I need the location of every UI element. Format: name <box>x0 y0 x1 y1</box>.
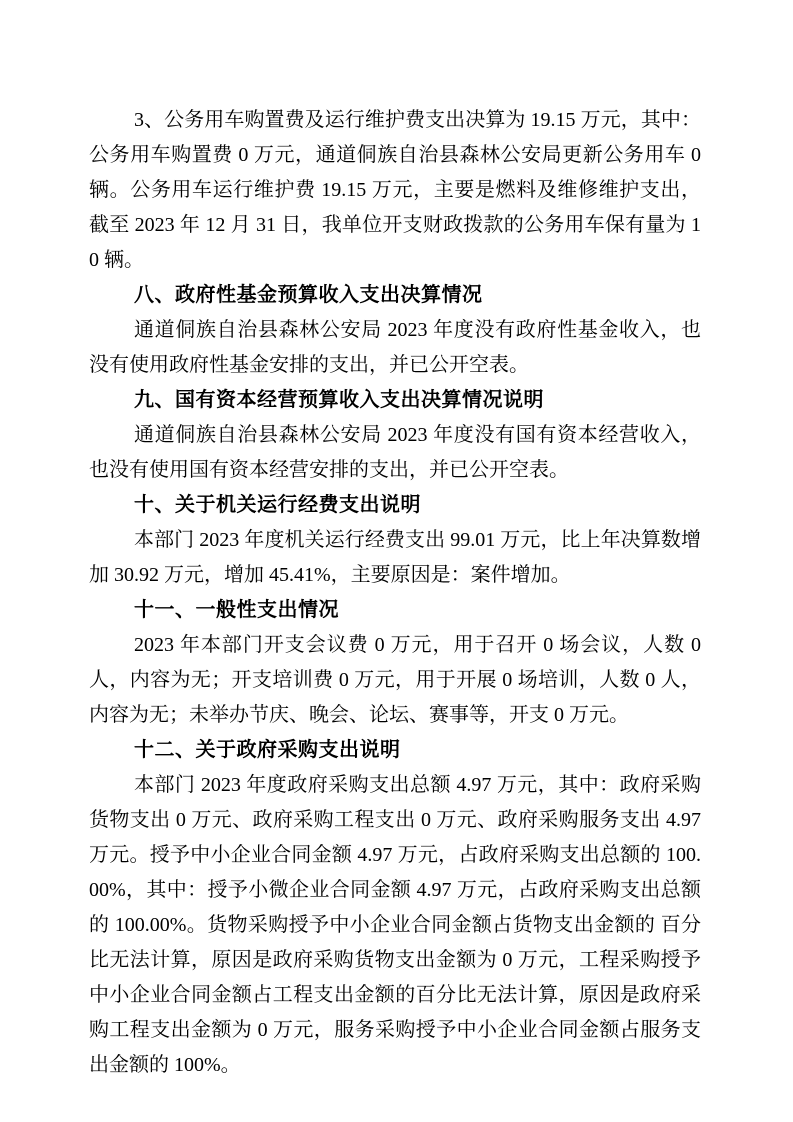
document-page: 3、公务用车购置费及运行维护费支出决算为 19.15 万元，其中：公务用车购置费… <box>0 0 793 1122</box>
document-body: 3、公务用车购置费及运行维护费支出决算为 19.15 万元，其中：公务用车购置费… <box>89 103 701 1083</box>
paragraph-procurement: 本部门 2023 年度政府采购支出总额 4.97 万元，其中：政府采购货物支出 … <box>89 768 701 1083</box>
paragraph-government-fund: 通道侗族自治县森林公安局 2023 年度没有政府性基金收入，也没有使用政府性基金… <box>89 313 701 383</box>
paragraph-operating-expense: 本部门 2023 年度机关运行经费支出 99.01 万元，比上年决算数增加 30… <box>89 523 701 593</box>
section-heading-12-procurement: 十二、关于政府采购支出说明 <box>89 733 701 768</box>
paragraph-general-expense: 2023 年本部门开支会议费 0 万元，用于召开 0 场会议，人数 0 人，内容… <box>89 628 701 733</box>
section-heading-8-government-fund: 八、政府性基金预算收入支出决算情况 <box>89 278 701 313</box>
paragraph-vehicle-expense: 3、公务用车购置费及运行维护费支出决算为 19.15 万元，其中：公务用车购置费… <box>89 103 701 278</box>
paragraph-state-capital: 通道侗族自治县森林公安局 2023 年度没有国有资本经营收入，也没有使用国有资本… <box>89 418 701 488</box>
section-heading-9-state-capital: 九、国有资本经营预算收入支出决算情况说明 <box>89 383 701 418</box>
section-heading-10-operating-expense: 十、关于机关运行经费支出说明 <box>89 488 701 523</box>
section-heading-11-general-expense: 十一、一般性支出情况 <box>89 593 701 628</box>
